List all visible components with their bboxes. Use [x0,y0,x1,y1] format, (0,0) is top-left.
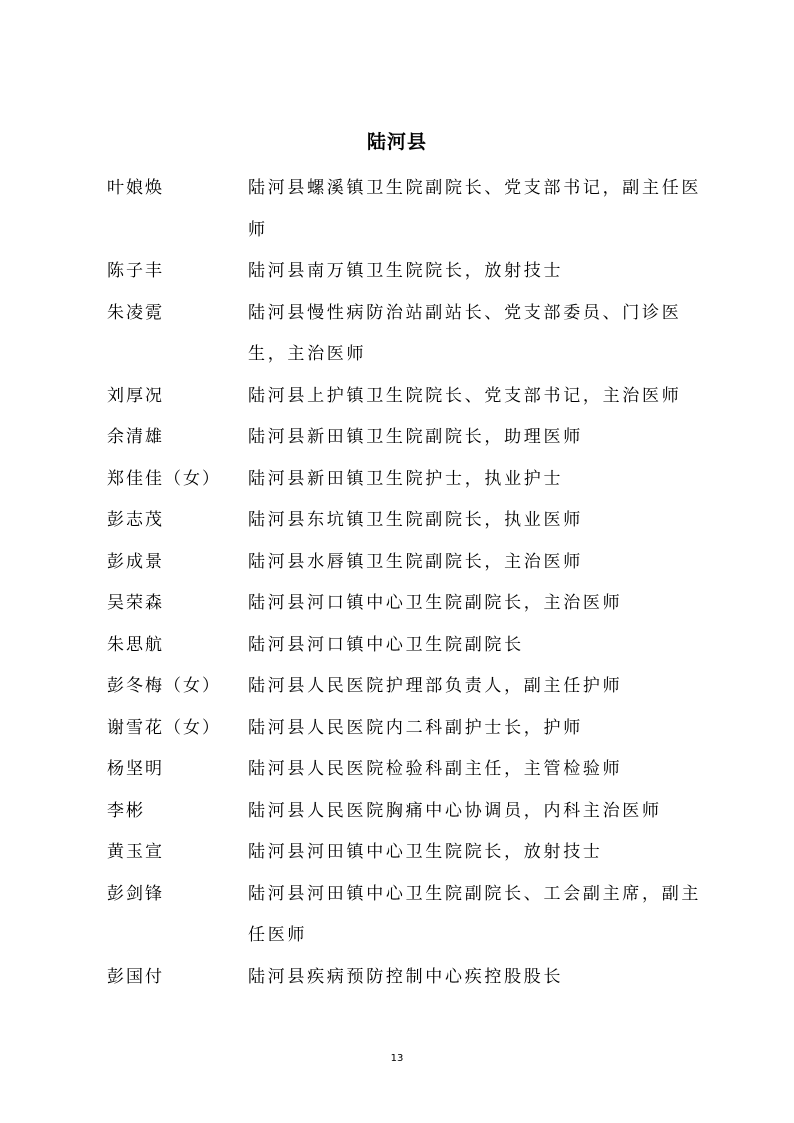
person-name: 彭志茂 [107,500,248,542]
list-item: 朱思航 陆河县河口镇中心卫生院副院长 [107,625,707,667]
list-item: 李彬 陆河县人民医院胸痛中心协调员，内科主治医师 [107,791,707,833]
list-item: 叶娘焕 陆河县螺溪镇卫生院副院长、党支部书记，副主任医师 [107,168,707,251]
person-name: 彭冬梅（女） [107,666,248,708]
person-position: 陆河县东坑镇卫生院副院长，执业医师 [248,500,707,542]
person-position: 陆河县人民医院胸痛中心协调员，内科主治医师 [248,791,707,833]
person-name: 谢雪花（女） [107,708,248,750]
person-name: 彭剑锋 [107,874,248,957]
person-position: 陆河县人民医院护理部负责人，副主任护师 [248,666,707,708]
person-position: 陆河县人民医院内二科副护士长，护师 [248,708,707,750]
list-item: 谢雪花（女） 陆河县人民医院内二科副护士长，护师 [107,708,707,750]
person-name: 黄玉宣 [107,832,248,874]
person-position: 陆河县新田镇卫生院副院长，助理医师 [248,417,707,459]
list-item: 黄玉宣 陆河县河田镇中心卫生院院长，放射技士 [107,832,707,874]
list-item: 彭国付 陆河县疾病预防控制中心疾控股股长 [107,957,707,999]
person-position: 陆河县河口镇中心卫生院副院长，主治医师 [248,583,707,625]
person-position: 陆河县河田镇中心卫生院院长，放射技士 [248,832,707,874]
person-position: 陆河县水唇镇卫生院副院长，主治医师 [248,542,707,584]
list-item: 郑佳佳（女） 陆河县新田镇卫生院护士，执业护士 [107,459,707,501]
list-item: 余清雄 陆河县新田镇卫生院副院长，助理医师 [107,417,707,459]
person-name: 叶娘焕 [107,168,248,251]
list-item: 彭剑锋 陆河县河田镇中心卫生院副院长、工会副主席，副主任医师 [107,874,707,957]
person-name: 彭国付 [107,957,248,999]
list-item: 彭志茂 陆河县东坑镇卫生院副院长，执业医师 [107,500,707,542]
person-name: 郑佳佳（女） [107,459,248,501]
person-position: 陆河县疾病预防控制中心疾控股股长 [248,957,707,999]
personnel-list: 叶娘焕 陆河县螺溪镇卫生院副院长、党支部书记，副主任医师 陈子丰 陆河县南万镇卫… [107,168,707,998]
list-item: 刘厚况 陆河县上护镇卫生院院长、党支部书记，主治医师 [107,376,707,418]
person-name: 杨坚明 [107,749,248,791]
person-name: 吴荣森 [107,583,248,625]
person-name: 朱凌霓 [107,293,248,376]
list-item: 彭冬梅（女） 陆河县人民医院护理部负责人，副主任护师 [107,666,707,708]
person-position: 陆河县河田镇中心卫生院副院长、工会副主席，副主任医师 [248,874,707,957]
person-name: 李彬 [107,791,248,833]
list-item: 朱凌霓 陆河县慢性病防治站副站长、党支部委员、门诊医生，主治医师 [107,293,707,376]
person-position: 陆河县新田镇卫生院护士，执业护士 [248,459,707,501]
person-name: 朱思航 [107,625,248,667]
list-item: 吴荣森 陆河县河口镇中心卫生院副院长，主治医师 [107,583,707,625]
list-item: 陈子丰 陆河县南万镇卫生院院长，放射技士 [107,251,707,293]
person-position: 陆河县河口镇中心卫生院副院长 [248,625,707,667]
person-position: 陆河县慢性病防治站副站长、党支部委员、门诊医生，主治医师 [248,293,707,376]
person-position: 陆河县上护镇卫生院院长、党支部书记，主治医师 [248,376,707,418]
page-title: 陆河县 [0,128,794,156]
list-item: 彭成景 陆河县水唇镇卫生院副院长，主治医师 [107,542,707,584]
person-name: 刘厚况 [107,376,248,418]
list-item: 杨坚明 陆河县人民医院检验科副主任，主管检验师 [107,749,707,791]
person-name: 彭成景 [107,542,248,584]
person-position: 陆河县南万镇卫生院院长，放射技士 [248,251,707,293]
person-name: 余清雄 [107,417,248,459]
person-name: 陈子丰 [107,251,248,293]
page-number: 13 [0,1052,794,1066]
person-position: 陆河县螺溪镇卫生院副院长、党支部书记，副主任医师 [248,168,707,251]
person-position: 陆河县人民医院检验科副主任，主管检验师 [248,749,707,791]
